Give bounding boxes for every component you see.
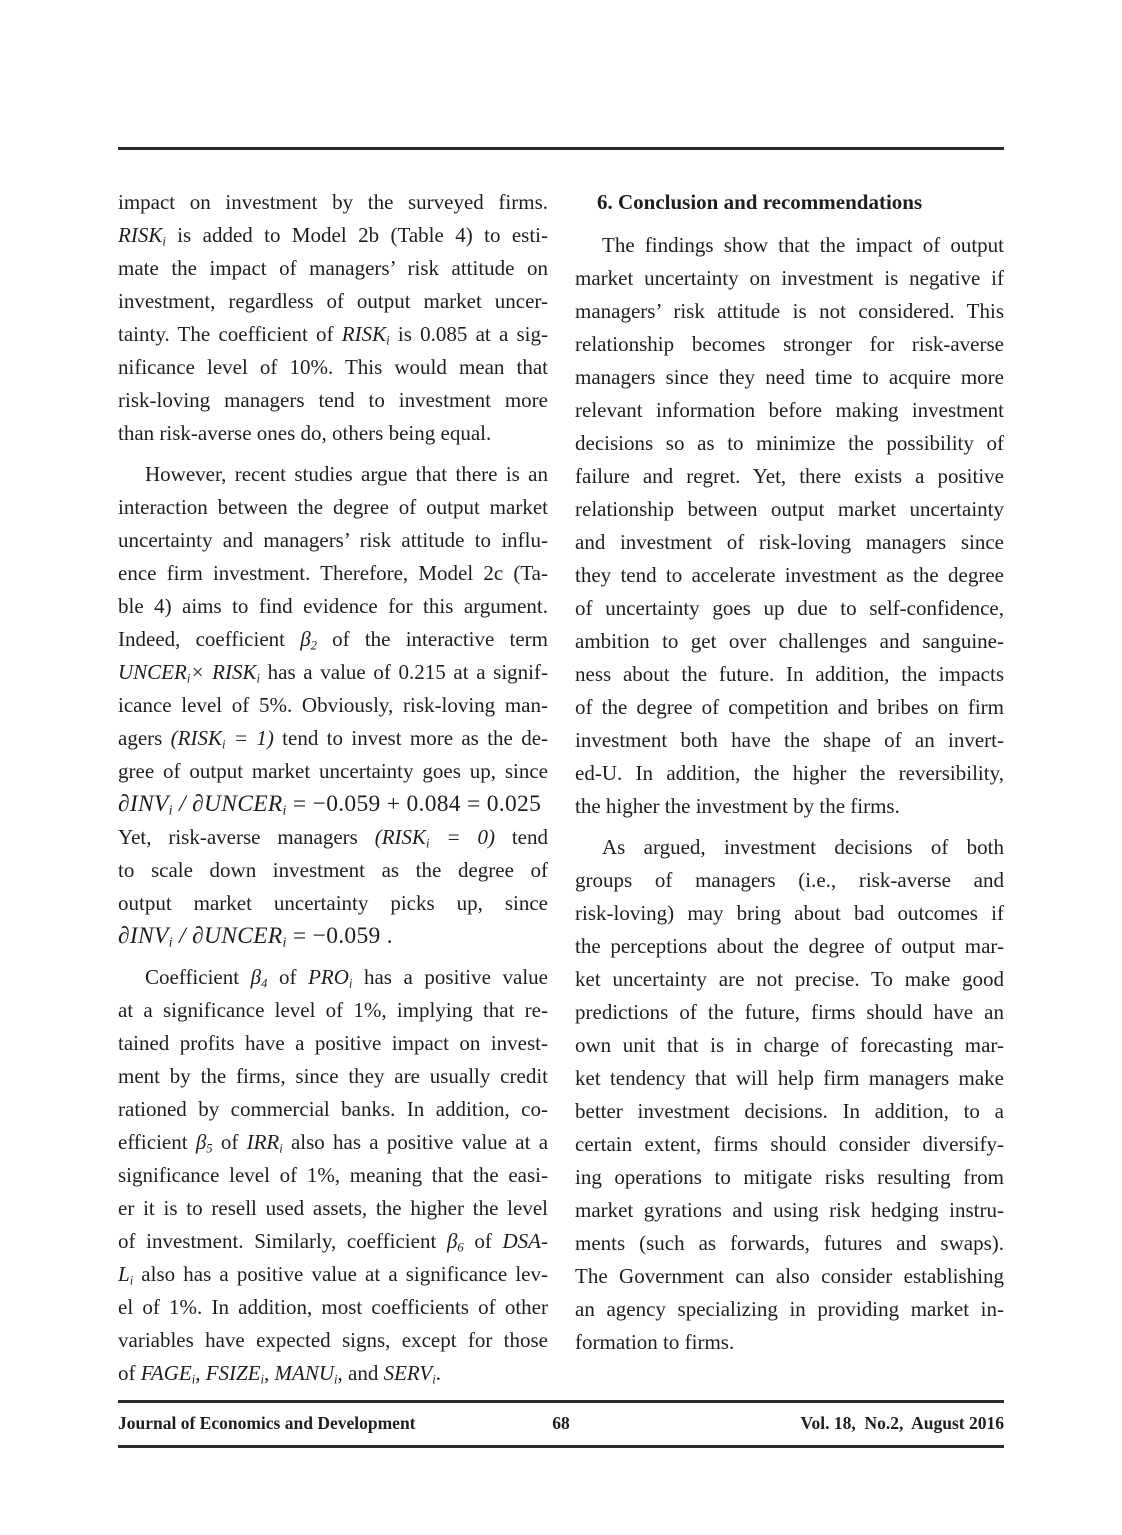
text-run: el of 1%. In addition, most coefficients…	[118, 1295, 548, 1319]
journal-name: Journal of Economics and Development	[118, 1404, 552, 1442]
text-run: of uncertainty goes up due to self-confi…	[575, 596, 1004, 620]
left-column: impact on investment by the surveyed fir…	[118, 186, 548, 1390]
text-run: investment both have the shape of an inv…	[575, 728, 1004, 752]
text-line: investment both have the shape of an inv…	[575, 724, 1004, 757]
text-line: significance level of 1%, meaning that t…	[118, 1159, 548, 1192]
text-line: relationship between output market uncer…	[575, 493, 1004, 526]
text-line: the perceptions about the degree of outp…	[575, 930, 1004, 963]
text-run: at a significance level of 1%, implying …	[118, 998, 548, 1022]
text-line: certain extent, firms should consider di…	[575, 1128, 1004, 1161]
text-line: RISKi is added to Model 2b (Table 4) to …	[118, 219, 548, 252]
text-line: ble 4) aims to find evidence for this ar…	[118, 590, 548, 623]
text-run: managers’ risk attitude is not considere…	[575, 299, 1004, 323]
text-run: of	[464, 1229, 503, 1253]
text-run: than risk-averse ones do, others being e…	[118, 421, 491, 445]
text-line: risk-loving) may bring about bad outcome…	[575, 897, 1004, 930]
text-run: The findings show that the impact of out…	[602, 233, 1004, 257]
right-column: 6. Conclusion and recommendations The fi…	[575, 186, 1004, 1359]
text-line: own unit that is in charge of forecastin…	[575, 1029, 1004, 1062]
text-line: rationed by commercial banks. In additio…	[118, 1093, 548, 1126]
paragraph: The findings show that the impact of out…	[575, 229, 1004, 823]
text-run: mate the impact of managers’ risk attitu…	[118, 256, 548, 280]
text-run: efficient	[118, 1130, 196, 1154]
text-line: ket tendency that will help firm manager…	[575, 1062, 1004, 1095]
text-run: predictions of the future, firms should …	[575, 1000, 1004, 1024]
text-line: managers since they need time to acquire…	[575, 361, 1004, 394]
text-line: impact on investment by the surveyed fir…	[118, 186, 548, 219]
italic-run: = 1)	[225, 726, 273, 750]
text-run: Indeed, coefficient	[118, 627, 300, 651]
text-line: predictions of the future, firms should …	[575, 996, 1004, 1029]
text-run: decisions so as to minimize the possibil…	[575, 431, 1004, 455]
text-line: ed-U. In addition, the higher the revers…	[575, 757, 1004, 790]
text-line: The findings show that the impact of out…	[575, 229, 1004, 262]
italic-run: L	[118, 1262, 130, 1286]
text-run: ket uncertainty are not precise. To make…	[575, 967, 1004, 991]
text-run: to scale down investment as the degree o…	[118, 858, 548, 882]
text-line: of uncertainty goes up due to self-confi…	[575, 592, 1004, 625]
text-run: Yet, risk-averse managers	[118, 825, 375, 849]
text-line: gree of output market uncertainty goes u…	[118, 755, 548, 788]
text-line: ket uncertainty are not precise. To make…	[575, 963, 1004, 996]
text-line: Coefficient β4 of PROi has a positive va…	[118, 961, 548, 994]
text-run: variables have expected signs, except fo…	[118, 1328, 548, 1352]
text-run: certain extent, firms should consider di…	[575, 1132, 1004, 1156]
text-run: = −0.059 .	[287, 923, 393, 949]
text-run: significance level of 1%, meaning that t…	[118, 1163, 548, 1187]
text-run: of	[213, 1130, 247, 1154]
text-line: Li also has a positive value at a signif…	[118, 1258, 548, 1291]
text-line: to scale down investment as the degree o…	[118, 854, 548, 887]
italic-run: ∂INV	[118, 923, 169, 949]
text-run: risk-loving managers tend to investment …	[118, 388, 548, 412]
italic-run: / ∂UNCER	[173, 791, 283, 817]
italic-run: SERV	[384, 1361, 433, 1385]
text-run: relationship becomes stronger for risk-a…	[575, 332, 1004, 356]
text-run: impact on investment by the surveyed fir…	[118, 190, 548, 214]
text-line: relationship becomes stronger for risk-a…	[575, 328, 1004, 361]
text-run: ments (such as forwards, futures and swa…	[575, 1231, 1004, 1255]
text-line: interaction between the degree of output…	[118, 491, 548, 524]
footer-rule-bottom	[118, 1445, 1004, 1448]
formula-line: ∂INVi / ∂UNCERi = −0.059 .	[118, 920, 548, 953]
text-line: groups of managers (i.e., risk-averse an…	[575, 864, 1004, 897]
italic-run: (RISK	[375, 825, 426, 849]
text-run: ment by the firms, since they are usuall…	[118, 1064, 548, 1088]
text-run: and investment of risk-loving managers s…	[575, 530, 1004, 554]
italic-run: β	[447, 1229, 457, 1253]
italic-run: ∂INV	[118, 791, 169, 817]
text-run: As argued, investment decisions of both	[602, 835, 1004, 859]
text-line: failure and regret. Yet, there exists a …	[575, 460, 1004, 493]
italic-run: β	[300, 627, 310, 651]
text-line: As argued, investment decisions of both	[575, 831, 1004, 864]
footer: Journal of Economics and Development 68 …	[118, 1404, 1004, 1442]
text-run: The Government can also consider establi…	[575, 1264, 1004, 1288]
text-run: ness about the future. In addition, the …	[575, 662, 1004, 686]
text-run: ence firm investment. Therefore, Model 2…	[118, 561, 548, 585]
italic-run: × RISK	[190, 660, 256, 684]
text-line: tained profits have a positive impact on…	[118, 1027, 548, 1060]
text-run: investment, regardless of output market …	[118, 289, 548, 313]
text-line: market uncertainty on investment is nega…	[575, 262, 1004, 295]
text-run: is added to Model 2b (Table 4) to esti-	[166, 223, 548, 247]
text-line: an agency specializing in providing mark…	[575, 1293, 1004, 1326]
italic-run: UNCER	[118, 660, 187, 684]
text-run: tainty. The coefficient of	[118, 322, 342, 346]
text-line: decisions so as to minimize the possibil…	[575, 427, 1004, 460]
text-line: investment, regardless of output market …	[118, 285, 548, 318]
text-line: of FAGEi, FSIZEi, MANUi, and SERVi.	[118, 1357, 548, 1390]
italic-run: = 0)	[430, 825, 495, 849]
text-line: ing operations to mitigate risks resulti…	[575, 1161, 1004, 1194]
text-run: groups of managers (i.e., risk-averse an…	[575, 868, 1004, 892]
text-line: variables have expected signs, except fo…	[118, 1324, 548, 1357]
text-run: better investment decisions. In addition…	[575, 1099, 1004, 1123]
text-line: The Government can also consider establi…	[575, 1260, 1004, 1293]
text-run: ble 4) aims to find evidence for this ar…	[118, 594, 548, 618]
text-run: ing operations to mitigate risks resulti…	[575, 1165, 1004, 1189]
italic-run: RISK	[118, 223, 162, 247]
text-run: relationship between output market uncer…	[575, 497, 1004, 521]
text-run: market gyrations and using risk hedging …	[575, 1198, 1004, 1222]
text-line: managers’ risk attitude is not considere…	[575, 295, 1004, 328]
text-run: output market uncertainty picks up, sinc…	[118, 891, 548, 915]
text-line: relevant information before making inves…	[575, 394, 1004, 427]
text-line: mate the impact of managers’ risk attitu…	[118, 252, 548, 285]
text-run: of the degree of competition and bribes …	[575, 695, 1004, 719]
text-line: ments (such as forwards, futures and swa…	[575, 1227, 1004, 1260]
volume-info: Vol. 18, No.2, August 2016	[570, 1404, 1004, 1442]
text-run: market uncertainty on investment is nega…	[575, 266, 1004, 290]
text-line: they tend to accelerate investment as th…	[575, 559, 1004, 592]
text-run: uncertainty and managers’ risk attitude …	[118, 528, 548, 552]
text-run: ed-U. In addition, the higher the revers…	[575, 761, 1004, 785]
italic-run: (RISK	[171, 726, 222, 750]
text-line: at a significance level of 1%, implying …	[118, 994, 548, 1027]
italic-run: RISK	[342, 322, 386, 346]
text-line: el of 1%. In addition, most coefficients…	[118, 1291, 548, 1324]
formula-line: ∂INVi / ∂UNCERi = −0.059 + 0.084 = 0.025	[118, 788, 548, 821]
text-line: tainty. The coefficient of RISKi is 0.08…	[118, 318, 548, 351]
text-line: and investment of risk-loving managers s…	[575, 526, 1004, 559]
paragraph: impact on investment by the surveyed fir…	[118, 186, 548, 450]
text-run: , and	[338, 1361, 384, 1385]
text-run: has a positive value	[352, 965, 548, 989]
footer-rule-top	[118, 1400, 1004, 1403]
text-run: failure and regret. Yet, there exists a …	[575, 464, 1004, 488]
text-line: agers (RISKi = 1) tend to invest more as…	[118, 722, 548, 755]
text-line: of the degree of competition and bribes …	[575, 691, 1004, 724]
section-heading: 6. Conclusion and recommendations	[575, 186, 1004, 219]
text-line: Indeed, coefficient β2 of the interactiv…	[118, 623, 548, 656]
text-run: icance level of 5%. Obviously, risk-lovi…	[118, 693, 548, 717]
italic-run: FSIZE	[206, 1361, 261, 1385]
text-line: efficient β5 of IRRi also has a positive…	[118, 1126, 548, 1159]
text-line: nificance level of 10%. This would mean …	[118, 351, 548, 384]
text-line: Yet, risk-averse managers (RISKi = 0) te…	[118, 821, 548, 854]
text-run: ket tendency that will help firm manager…	[575, 1066, 1004, 1090]
text-run: Coefficient	[145, 965, 251, 989]
text-line: icance level of 5%. Obviously, risk-lovi…	[118, 689, 548, 722]
text-line: ambition to get over challenges and sang…	[575, 625, 1004, 658]
text-run: is 0.085 at a sig-	[390, 322, 548, 346]
text-line: output market uncertainty picks up, sinc…	[118, 887, 548, 920]
text-run: they tend to accelerate investment as th…	[575, 563, 1004, 587]
text-line: the higher the investment by the firms.	[575, 790, 1004, 823]
page-number: 68	[552, 1404, 570, 1442]
paragraph: As argued, investment decisions of bothg…	[575, 831, 1004, 1359]
text-line: risk-loving managers tend to investment …	[118, 384, 548, 417]
text-run: interaction between the degree of output…	[118, 495, 548, 519]
text-line: better investment decisions. In addition…	[575, 1095, 1004, 1128]
text-run: has a value of 0.215 at a signif-	[260, 660, 548, 684]
text-run: ,	[264, 1361, 275, 1385]
text-run: tend to invest more as the de-	[274, 726, 548, 750]
text-run: of the interactive term	[317, 627, 548, 651]
text-line: of investment. Similarly, coefficient β6…	[118, 1225, 548, 1258]
text-run: also has a positive value at a	[283, 1130, 548, 1154]
text-run: the higher the investment by the firms.	[575, 794, 900, 818]
text-run: ambition to get over challenges and sang…	[575, 629, 1004, 653]
text-line: than risk-averse ones do, others being e…	[118, 417, 548, 450]
text-run: risk-loving) may bring about bad outcome…	[575, 901, 1004, 925]
text-run: tend	[495, 825, 548, 849]
text-run: = −0.059 + 0.084 = 0.025	[287, 791, 541, 817]
text-run: tained profits have a positive impact on…	[118, 1031, 548, 1055]
text-line: er it is to resell used assets, the high…	[118, 1192, 548, 1225]
text-line: market gyrations and using risk hedging …	[575, 1194, 1004, 1227]
text-run: relevant information before making inves…	[575, 398, 1004, 422]
paragraph: However, recent studies argue that there…	[118, 458, 548, 953]
text-run: own unit that is in charge of forecastin…	[575, 1033, 1004, 1057]
paragraph: Coefficient β4 of PROi has a positive va…	[118, 961, 548, 1390]
text-run: However, recent studies argue that there…	[145, 462, 548, 486]
italic-run: β	[251, 965, 261, 989]
text-run: .	[436, 1361, 441, 1385]
text-line: formation to firms.	[575, 1326, 1004, 1359]
text-run: also has a positive value at a significa…	[133, 1262, 548, 1286]
text-run: formation to firms.	[575, 1330, 734, 1354]
text-run: ,	[195, 1361, 206, 1385]
text-run: gree of output market uncertainty goes u…	[118, 759, 548, 783]
text-line: ence firm investment. Therefore, Model 2…	[118, 557, 548, 590]
text-run: er it is to resell used assets, the high…	[118, 1196, 548, 1220]
text-run: agers	[118, 726, 171, 750]
text-run: managers since they need time to acquire…	[575, 365, 1004, 389]
text-run: nificance level of 10%. This would mean …	[118, 355, 548, 379]
text-run: of	[118, 1361, 141, 1385]
text-run: of	[267, 965, 308, 989]
header-rule	[118, 147, 1004, 150]
italic-run: FAGE	[141, 1361, 192, 1385]
text-line: ment by the firms, since they are usuall…	[118, 1060, 548, 1093]
text-run: an agency specializing in providing mark…	[575, 1297, 1004, 1321]
italic-run: β	[196, 1130, 206, 1154]
text-line: UNCERi× RISKi has a value of 0.215 at a …	[118, 656, 548, 689]
text-run: of investment. Similarly, coefficient	[118, 1229, 447, 1253]
text-line: However, recent studies argue that there…	[118, 458, 548, 491]
text-run: rationed by commercial banks. In additio…	[118, 1097, 548, 1121]
text-line: ness about the future. In addition, the …	[575, 658, 1004, 691]
text-line: uncertainty and managers’ risk attitude …	[118, 524, 548, 557]
italic-run: / ∂UNCER	[173, 923, 283, 949]
paper-page: impact on investment by the surveyed fir…	[0, 0, 1122, 1535]
italic-run: IRR	[247, 1130, 280, 1154]
italic-run: PRO	[308, 965, 349, 989]
italic-run: DSA-	[503, 1229, 549, 1253]
text-run: the perceptions about the degree of outp…	[575, 934, 1004, 958]
italic-run: MANU	[275, 1361, 335, 1385]
